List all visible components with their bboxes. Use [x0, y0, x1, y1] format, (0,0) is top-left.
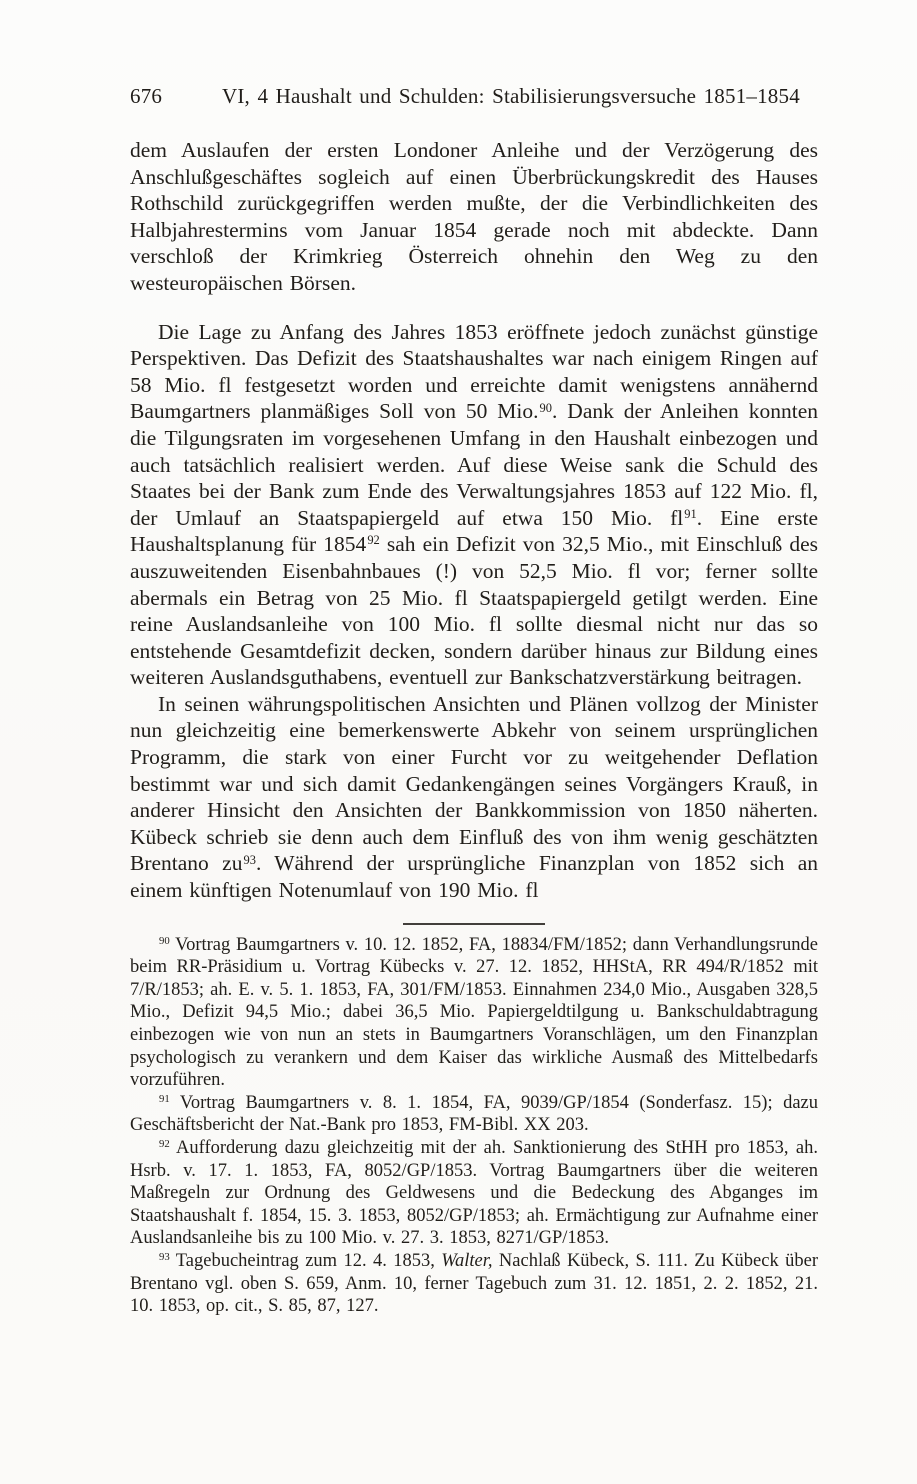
footnote-marker: 90 — [158, 935, 170, 947]
body-text: dem Auslaufen der ersten Londoner Anleih… — [130, 137, 818, 904]
footnote-separator — [403, 923, 545, 925]
footnote-marker: 91 — [683, 507, 696, 521]
footnote-marker: 92 — [366, 533, 379, 547]
italic-text-run: Walter, — [441, 1251, 492, 1271]
text-run: Vortrag Baumgartners v. 8. 1. 1854, FA, … — [130, 1093, 818, 1136]
footnote-92: 92 Aufforderung dazu gleichzeitig mit de… — [130, 1137, 818, 1250]
footnote-marker: 91 — [158, 1093, 170, 1105]
footnote-90: 90 Vortrag Baumgartners v. 10. 12. 1852,… — [130, 934, 818, 1092]
paragraph-3: In seinen währungspolitischen Ansichten … — [130, 691, 818, 904]
paragraph-2: Die Lage zu Anfang des Jahres 1853 eröff… — [130, 319, 818, 691]
footnote-marker: 92 — [158, 1138, 170, 1150]
text-run: Tagebucheintrag zum 12. 4. 1853, — [170, 1251, 442, 1271]
text-run: In seinen währungspolitischen Ansichten … — [130, 692, 818, 876]
page-header: 676 VI, 4 Haushalt und Schulden: Stabili… — [130, 84, 818, 109]
footnotes-section: 90 Vortrag Baumgartners v. 10. 12. 1852,… — [130, 934, 818, 1318]
page-number: 676 — [130, 84, 170, 109]
text-run: dem Auslaufen der ersten Londoner Anleih… — [130, 138, 818, 295]
book-page: 676 VI, 4 Haushalt und Schulden: Stabili… — [0, 0, 917, 1484]
footnote-91: 91 Vortrag Baumgartners v. 8. 1. 1854, F… — [130, 1092, 818, 1137]
text-run: Vortrag Baumgartners v. 10. 12. 1852, FA… — [130, 935, 818, 1091]
text-run: Aufforderung dazu gleichzeitig mit der a… — [130, 1138, 818, 1248]
footnote-marker: 93 — [158, 1251, 170, 1263]
footnote-marker: 93 — [242, 853, 255, 867]
footnote-marker: 90 — [539, 401, 552, 415]
paragraph-continuation: dem Auslaufen der ersten Londoner Anleih… — [130, 137, 818, 297]
footnote-93: 93 Tagebucheintrag zum 12. 4. 1853, Walt… — [130, 1250, 818, 1318]
running-head: VI, 4 Haushalt und Schulden: Stabilisier… — [222, 84, 800, 109]
